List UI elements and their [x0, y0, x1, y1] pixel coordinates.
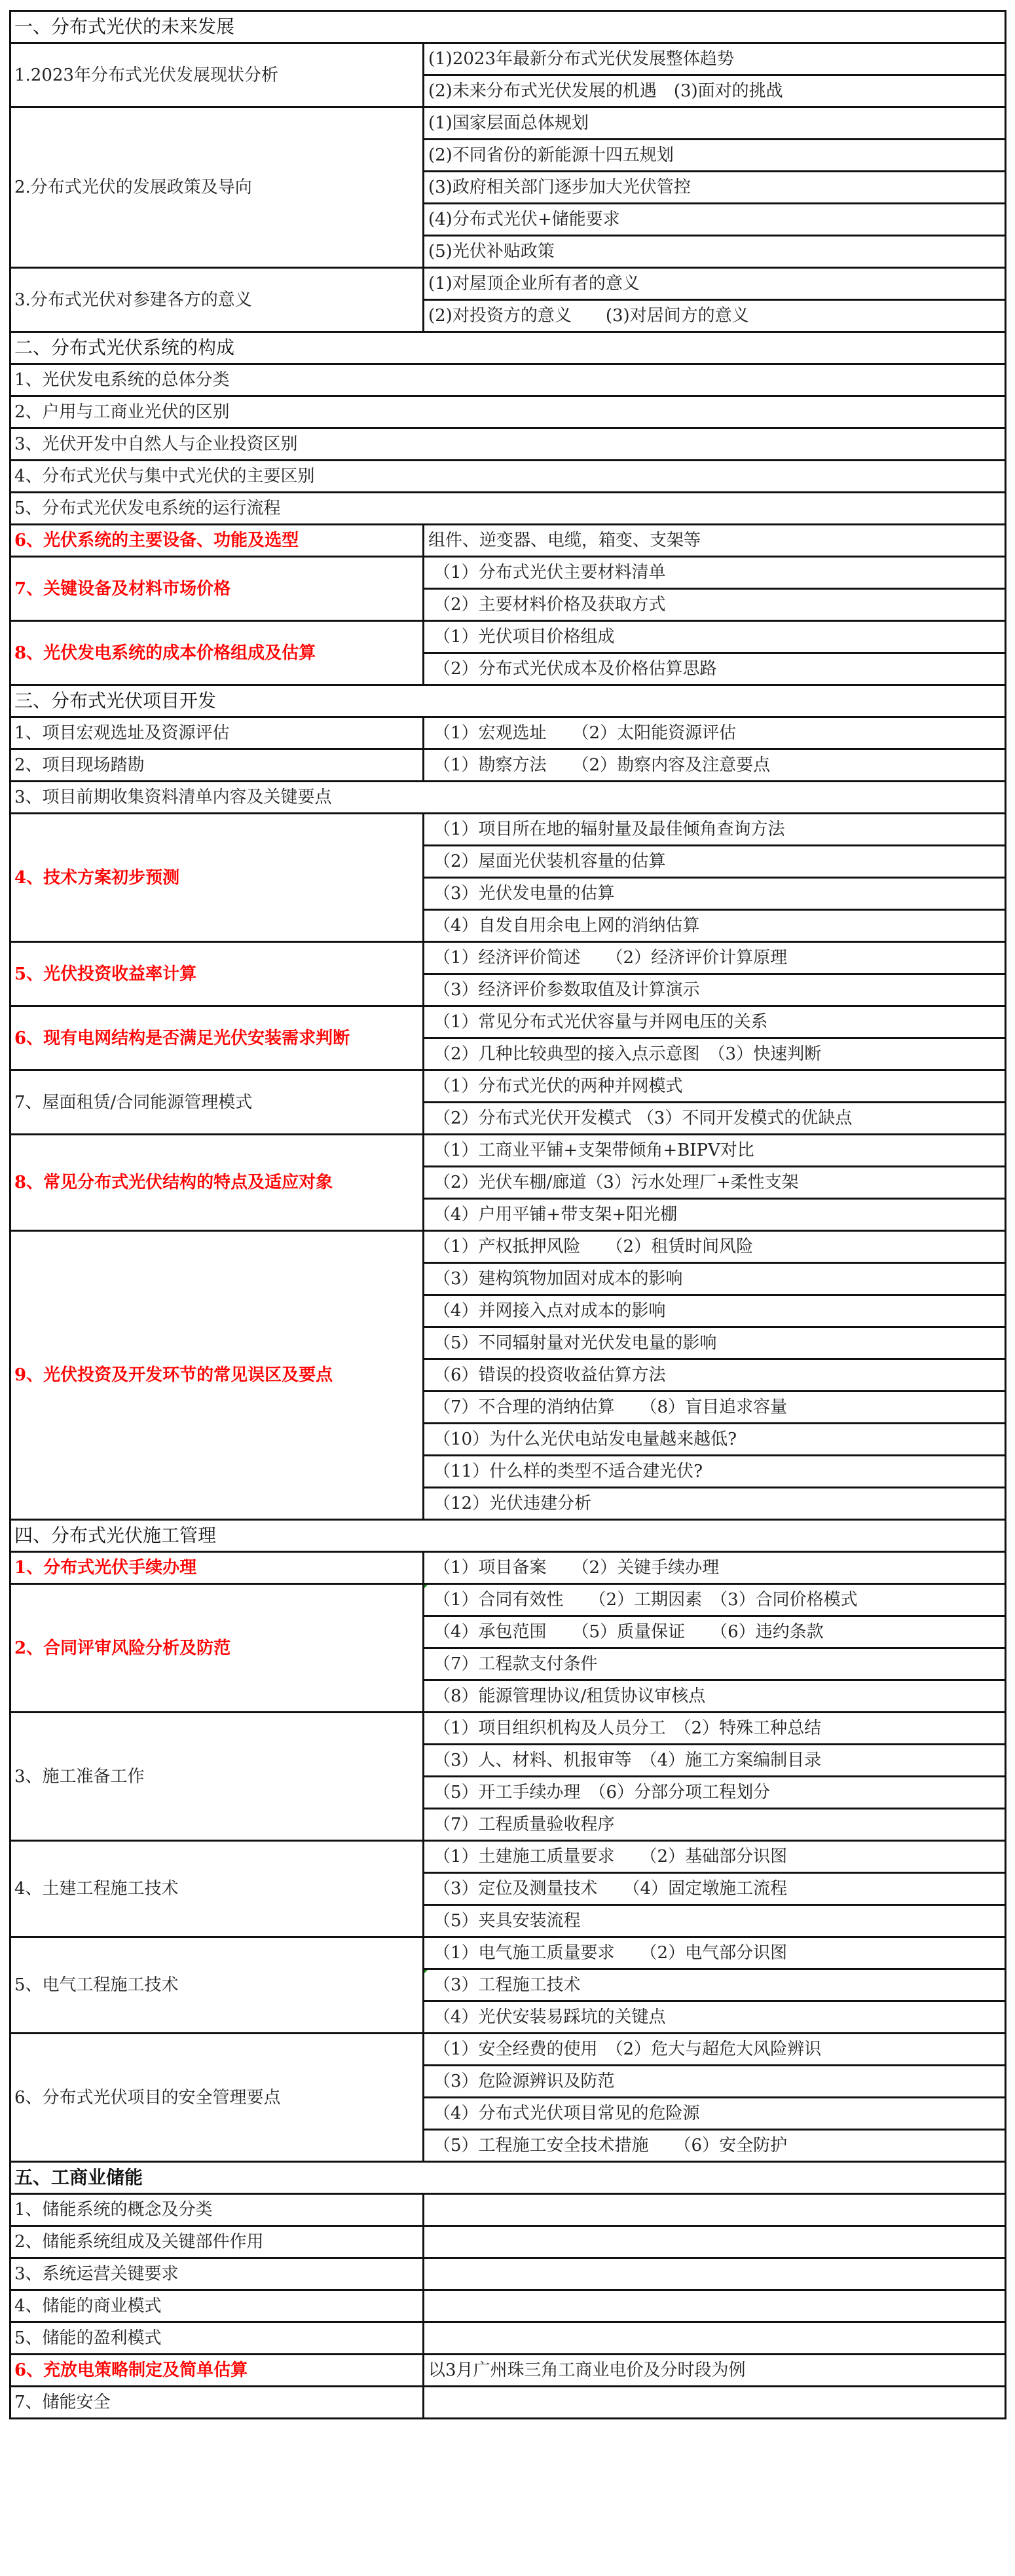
section-title: 三、分布式光伏项目开发 — [10, 685, 1006, 717]
topic-label: 5、储能的盈利模式 — [10, 2322, 424, 2355]
topic-label-highlight: 6、充放电策略制定及简单估算 — [10, 2355, 424, 2387]
subtopic-text: （1）合同有效性 （2）工期因素 （3）合同价格模式 — [434, 1590, 858, 1610]
topic-label: 3.分布式光伏对参建各方的意义 — [10, 268, 424, 332]
cell-comment-marker-icon — [424, 1584, 430, 1590]
subtopic: （1）常见分布式光伏容量与并网电压的关系 — [424, 1006, 1006, 1038]
subtopic: (5)光伏补贴政策 — [424, 236, 1006, 268]
subtopic: （10）为什么光伏电站发电量越来越低? — [424, 1424, 1006, 1456]
subtopic: （2）屋面光伏装机容量的估算 — [424, 846, 1006, 878]
topic-label: 7、储能安全 — [10, 2387, 424, 2419]
subtopic-empty — [424, 2387, 1006, 2419]
subtopic: （3）经济评价参数取值及计算演示 — [424, 974, 1006, 1006]
subtopic: (2)对投资方的意义 (3)对居间方的意义 — [424, 300, 1006, 332]
subtopic: （5）夹具安装流程 — [424, 1905, 1006, 1937]
subtopic: （6）错误的投资收益估算方法 — [424, 1359, 1006, 1392]
topic-label: 2、户用与工商业光伏的区别 — [10, 396, 1006, 428]
topic-label: 7、屋面租赁/合同能源管理模式 — [10, 1070, 424, 1135]
subtopic: （1）分布式光伏主要材料清单 — [424, 557, 1006, 589]
subtopic: （4）分布式光伏项目常见的危险源 — [424, 2098, 1006, 2130]
subtopic: （5）工程施工安全技术措施 （6）安全防护 — [424, 2130, 1006, 2162]
subtopic-empty — [424, 2226, 1006, 2258]
subtopic: (1)国家层面总体规划 — [424, 107, 1006, 140]
subtopic: 组件、逆变器、电缆，箱变、支架等 — [424, 525, 1006, 557]
topic-label-highlight: 8、常见分布式光伏结构的特点及适应对象 — [10, 1135, 424, 1231]
section-header-row: 四、分布式光伏施工管理 — [10, 1520, 1006, 1552]
topic-label-highlight: 8、光伏发电系统的成本价格组成及估算 — [10, 621, 424, 685]
subtopic: （1）安全经费的使用 （2）危大与超危大风险辨识 — [424, 2034, 1006, 2066]
subtopic: （3）人、材料、机报审等 （4）施工方案编制目录 — [424, 1745, 1006, 1777]
topic-label-highlight: 9、光伏投资及开发环节的常见误区及要点 — [10, 1231, 424, 1520]
subtopic: （1）工商业平铺+支架带倾角+BIPV对比 — [424, 1135, 1006, 1167]
subtopic: (1)2023年最新分布式光伏发展整体趋势 — [424, 43, 1006, 75]
subtopic: （7）不合理的消纳估算 （8）盲目追求容量 — [424, 1392, 1006, 1424]
subtopic: （4）自发自用余电上网的消纳估算 — [424, 910, 1006, 942]
subtopic: （1）宏观选址 （2）太阳能资源评估 — [424, 717, 1006, 749]
topic-label: 5、电气工程施工技术 — [10, 1937, 424, 2034]
subtopic: (1)对屋顶企业所有者的意义 — [424, 268, 1006, 300]
subtopic: （2）分布式光伏开发模式 （3）不同开发模式的优缺点 — [424, 1103, 1006, 1135]
topic-label-highlight: 5、光伏投资收益率计算 — [10, 942, 424, 1006]
subtopic: （2）分布式光伏成本及价格估算思路 — [424, 653, 1006, 685]
topic-label: 3、光伏开发中自然人与企业投资区别 — [10, 428, 1006, 461]
subtopic-empty — [424, 2258, 1006, 2290]
subtopic: （1）经济评价简述 （2）经济评价计算原理 — [424, 942, 1006, 974]
subtopic: （3）危险源辨识及防范 — [424, 2066, 1006, 2098]
subtopic: （12）光伏违建分析 — [424, 1488, 1006, 1520]
topic-label-highlight: 4、技术方案初步预测 — [10, 814, 424, 942]
subtopic: （1）项目备案 （2）关键手续办理 — [424, 1552, 1006, 1584]
section-header-row: 五、工商业储能 — [10, 2162, 1006, 2194]
subtopic: (2)未来分布式光伏发展的机遇 (3)面对的挑战 — [424, 75, 1006, 107]
section-header-row: 一、分布式光伏的未来发展 — [10, 11, 1006, 43]
subtopic-with-marker: （3）工程施工技术 — [424, 1969, 1006, 2001]
subtopic: (4)分布式光伏+储能要求 — [424, 204, 1006, 236]
subtopic: （1）项目所在地的辐射量及最佳倾角查询方法 — [424, 814, 1006, 846]
subtopic: （4）承包范围 （5）质量保证 （6）违约条款 — [424, 1616, 1006, 1648]
subtopic: （3）建构筑物加固对成本的影响 — [424, 1263, 1006, 1295]
subtopic: （2）主要材料价格及获取方式 — [424, 589, 1006, 621]
subtopic: 以3月广州珠三角工商业电价及分时段为例 — [424, 2355, 1006, 2387]
topic-label: 3、施工准备工作 — [10, 1713, 424, 1841]
subtopic: （4）户用平铺+带支架+阳光棚 — [424, 1199, 1006, 1231]
subtopic: （1）分布式光伏的两种并网模式 — [424, 1070, 1006, 1103]
section-title: 五、工商业储能 — [10, 2162, 1006, 2194]
cell-comment-marker-icon — [424, 1969, 430, 1975]
subtopic: (2)不同省份的新能源十四五规划 — [424, 140, 1006, 172]
subtopic: （1）项目组织机构及人员分工 （2）特殊工种总结 — [424, 1713, 1006, 1745]
section-title: 二、分布式光伏系统的构成 — [10, 332, 1006, 364]
topic-label-highlight: 1、分布式光伏手续办理 — [10, 1552, 424, 1584]
topic-label-highlight: 6、光伏系统的主要设备、功能及选型 — [10, 525, 424, 557]
subtopic: （2）几种比较典型的接入点示意图 （3）快速判断 — [424, 1038, 1006, 1070]
topic-label: 1.2023年分布式光伏发展现状分析 — [10, 43, 424, 107]
subtopic: （1）勘察方法 （2）勘察内容及注意要点 — [424, 749, 1006, 782]
subtopic: （4）光伏安装易踩坑的关键点 — [424, 2001, 1006, 2034]
subtopic: （4）并网接入点对成本的影响 — [424, 1295, 1006, 1327]
subtopic: （3）光伏发电量的估算 — [424, 878, 1006, 910]
subtopic: (3)政府相关部门逐步加大光伏管控 — [424, 172, 1006, 204]
topic-label: 1、储能系统的概念及分类 — [10, 2194, 424, 2226]
subtopic: （2）光伏车棚/廊道（3）污水处理厂+柔性支架 — [424, 1167, 1006, 1199]
subtopic: （7）工程质量验收程序 — [424, 1809, 1006, 1841]
topic-label: 3、系统运营关键要求 — [10, 2258, 424, 2290]
topic-label: 5、分布式光伏发电系统的运行流程 — [10, 493, 1006, 525]
subtopic: （11）什么样的类型不适合建光伏? — [424, 1456, 1006, 1488]
subtopic: （1）光伏项目价格组成 — [424, 621, 1006, 653]
subtopic-with-marker: （1）合同有效性 （2）工期因素 （3）合同价格模式 — [424, 1584, 1006, 1616]
section-header-row: 三、分布式光伏项目开发 — [10, 685, 1006, 717]
subtopic-empty — [424, 2194, 1006, 2226]
subtopic: （3）定位及测量技术 （4）固定墩施工流程 — [424, 1873, 1006, 1905]
subtopic: （8）能源管理协议/租赁协议审核点 — [424, 1680, 1006, 1713]
subtopic: （1）土建施工质量要求 （2）基础部分识图 — [424, 1841, 1006, 1873]
topic-label-highlight: 6、现有电网结构是否满足光伏安装需求判断 — [10, 1006, 424, 1070]
subtopic: （7）工程款支付条件 — [424, 1648, 1006, 1680]
topic-label-highlight: 7、关键设备及材料市场价格 — [10, 557, 424, 621]
topic-label: 4、储能的商业模式 — [10, 2290, 424, 2322]
topic-label: 2、储能系统组成及关键部件作用 — [10, 2226, 424, 2258]
topic-label-highlight: 2、合同评审风险分析及防范 — [10, 1584, 424, 1713]
subtopic-empty — [424, 2322, 1006, 2355]
topic-label: 1、项目宏观选址及资源评估 — [10, 717, 424, 749]
topic-label: 2、项目现场踏勘 — [10, 749, 424, 782]
subtopic-empty — [424, 2290, 1006, 2322]
section-header-row: 二、分布式光伏系统的构成 — [10, 332, 1006, 364]
topic-label: 2.分布式光伏的发展政策及导向 — [10, 107, 424, 268]
subtopic: （5）不同辐射量对光伏发电量的影响 — [424, 1327, 1006, 1359]
topic-label: 4、分布式光伏与集中式光伏的主要区别 — [10, 461, 1006, 493]
section-title: 四、分布式光伏施工管理 — [10, 1520, 1006, 1552]
topic-label: 6、分布式光伏项目的安全管理要点 — [10, 2034, 424, 2162]
subtopic-text: （3）工程施工技术 — [434, 1975, 581, 1995]
subtopic: （1）产权抵押风险 （2）租赁时间风险 — [424, 1231, 1006, 1263]
topic-label: 4、土建工程施工技术 — [10, 1841, 424, 1937]
subtopic: （1）电气施工质量要求 （2）电气部分识图 — [424, 1937, 1006, 1969]
topic-label: 3、项目前期收集资料清单内容及关键要点 — [10, 782, 1006, 814]
topic-label: 1、光伏发电系统的总体分类 — [10, 364, 1006, 396]
subtopic: （5）开工手续办理 （6）分部分项工程划分 — [424, 1777, 1006, 1809]
course-outline-table: 一、分布式光伏的未来发展 1.2023年分布式光伏发展现状分析(1)2023年最… — [9, 10, 1006, 2419]
section-title: 一、分布式光伏的未来发展 — [10, 11, 1006, 43]
